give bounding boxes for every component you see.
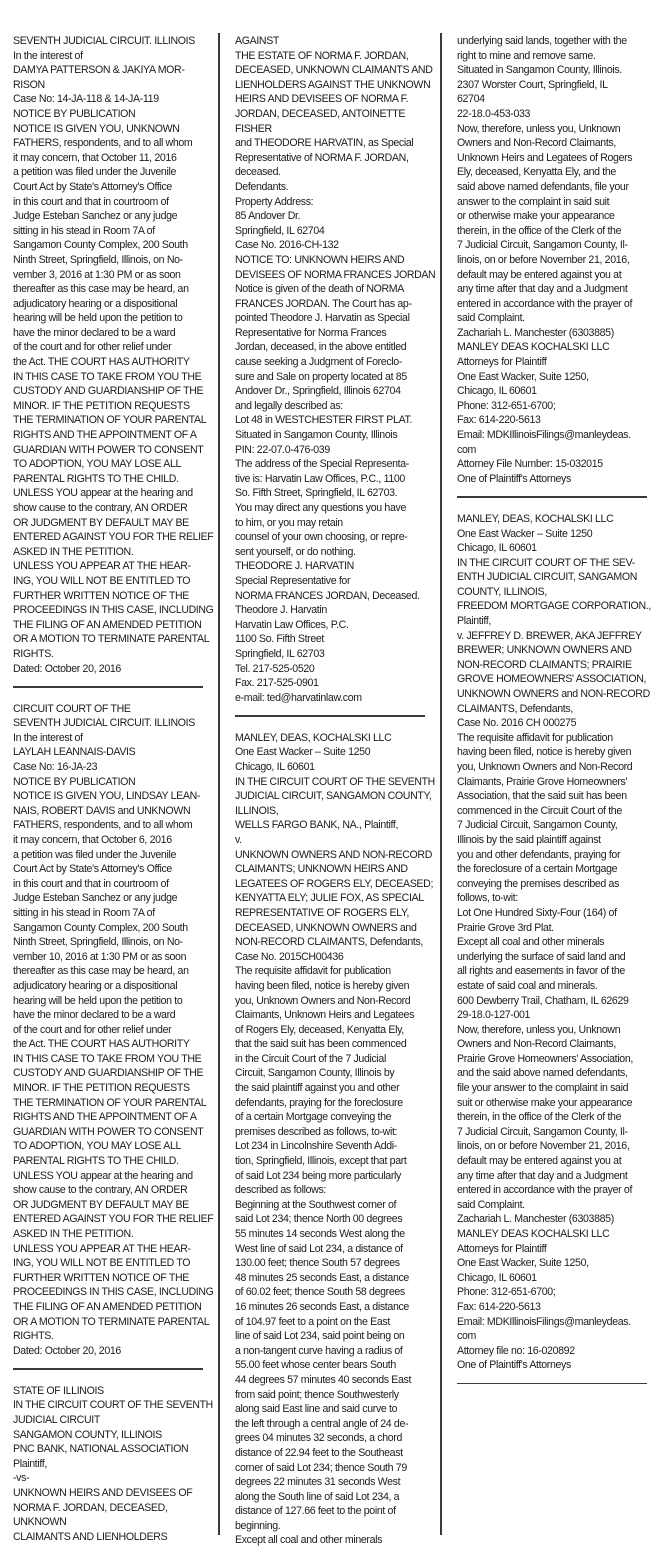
notice-text-line: 85 Andover Dr. — [235, 209, 435, 224]
notice-text-line: OR JUDGMENT BY DEFAULT MAY BE — [13, 516, 213, 531]
notice-separator-rule — [13, 1368, 203, 1370]
notice-text-line: follows, to-wit: — [457, 891, 657, 906]
legal-notices-page: SEVENTH JUDICIAL CIRCUIT. ILLINOISIn the… — [0, 0, 667, 1553]
notice-text-line: PNC BANK, NATIONAL ASSOCIATION — [13, 1442, 213, 1457]
notice-text-line: 22-18.0-453-033 — [457, 107, 657, 122]
notice-text-line: thereafter as this case may be heard, an — [13, 964, 213, 979]
notice-text-line: The requisite affidavit for publication — [235, 964, 435, 979]
notice-text-line: NOTICE BY PUBLICATION — [13, 775, 213, 790]
notice-text-line: RIGHTS AND THE APPOINTMENT OF A — [13, 1110, 213, 1125]
notice-text-line: DEVISEES OF NORMA FRANCES JORDAN — [235, 268, 434, 283]
notice-text-line: UNKNOWN OWNERS AND NON-RECORD — [235, 848, 435, 863]
notice-text-line: tion, Springfield, Illinois, except that… — [235, 1154, 435, 1169]
notice-text-line: Chicago, IL 60601 — [235, 760, 435, 775]
notice-text-line: Case No: 16-JA-23 — [13, 760, 213, 775]
notice-text-line: NAIS, ROBERT DAVIS and UNKNOWN — [13, 804, 213, 819]
notice-text-line: FURTHER WRITTEN NOTICE OF THE — [13, 589, 213, 604]
legal-notice: SEVENTH JUDICIAL CIRCUIT. ILLINOISIn the… — [13, 34, 213, 688]
notice-text-line: Representative for Norma Frances — [235, 326, 435, 341]
notice-text-line: LIENHOLDERS AGAINST THE UNKNOWN — [235, 78, 435, 93]
notice-text-line: JUDICIAL CIRCUIT — [13, 1413, 213, 1428]
notice-text-line: The address of the Special Representa- — [235, 457, 435, 472]
notice-text-line: NON-RECORD CLAIMANTS, Defendants, — [235, 935, 435, 950]
notice-text-line: in this court and that in courtroom of — [13, 195, 213, 210]
notice-text-line: Case No. 2015CH00436 — [235, 950, 435, 965]
notice-text-line: Notice is given of the death of NORMA — [235, 282, 435, 297]
notice-text-line: distance of 127.66 feet to the point of — [235, 1504, 435, 1519]
notice-text-line: NOTICE IS GIVEN YOU, LINDSAY LEAN- — [13, 789, 213, 804]
notice-text-line: CLAIMANTS AND LIENHOLDERS — [13, 1530, 213, 1545]
notice-text-line: Beginning at the Southwest corner of — [235, 1198, 435, 1213]
notice-text-line: One East Wacker, Suite 1250, — [457, 370, 657, 385]
notice-text-line: you and other defendants, praying for — [457, 848, 657, 863]
notice-text-line: UNLESS YOU appear at the hearing and — [13, 486, 213, 501]
notice-text-line: MANLEY, DEAS, KOCHALSKI LLC — [235, 731, 435, 746]
notice-text-line: NOTICE IS GIVEN YOU, UNKNOWN — [13, 122, 213, 137]
notice-text-line: FRANCES JORDAN. The Court has ap- — [235, 297, 435, 312]
notice-text-line: AGAINST — [235, 34, 435, 49]
notice-text-line: of 104.97 feet to a point on the East — [235, 1315, 435, 1330]
notice-text-line: One East Wacker – Suite 1250 — [235, 745, 435, 760]
notice-text-line: Judge Esteban Sanchez or any judge — [13, 209, 213, 224]
notice-text-line: having been filed, notice is hereby give… — [457, 745, 657, 760]
notice-text-line: pointed Theodore J. Harvatin as Special — [235, 311, 435, 326]
notice-text-line: Prairie Grove 3rd Plat. — [457, 921, 657, 936]
notice-text-line: Court Act by State's Attorney's Office — [13, 862, 213, 877]
notice-text-line: WELLS FARGO BANK, NA., Plaintiff, — [235, 818, 435, 833]
notice-text-line: Claimants, Prairie Grove Homeowners' — [457, 775, 657, 790]
notice-text-line: of 60.02 feet; thence South 58 degrees — [235, 1285, 435, 1300]
notice-text-line: Case No: 14-JA-118 & 14-JA-119 — [13, 92, 213, 107]
notice-text-line: CLAIMANTS, Defendants, — [457, 702, 657, 717]
notice-text-line: MINOR. IF THE PETITION REQUESTS — [13, 1081, 213, 1096]
notice-text-line: One of Plaintiff's Attorneys — [457, 472, 657, 487]
column-divider — [440, 33, 442, 1535]
notice-text-line: right to mine and remove same. — [457, 49, 657, 64]
column-1: SEVENTH JUDICIAL CIRCUIT. ILLINOISIn the… — [13, 34, 213, 1544]
notice-text-line: vember 3, 2016 at 1:30 PM or as soon — [13, 268, 213, 283]
notice-text-line: Ninth Street, Springfield, Illinois, on … — [13, 253, 213, 268]
notice-text-line: a non-tangent curve having a radius of — [235, 1344, 435, 1359]
notice-text-line: UNLESS YOU APPEAR AT THE HEAR- — [13, 1242, 213, 1257]
notice-text-line: Attorney file no: 16-020892 — [457, 1344, 657, 1359]
notice-separator-rule — [457, 1383, 647, 1385]
notice-text-line: Theodore J. Harvatin — [235, 603, 435, 618]
notice-text-line: cause seeking a Judgment of Foreclo- — [235, 355, 435, 370]
notice-text-line: adjudicatory hearing or a dispositional — [13, 979, 213, 994]
notice-text-line: said above named defendants, file your — [457, 180, 657, 195]
notice-text-line: UNKNOWN HEIRS AND DEVISEES OF — [13, 1486, 213, 1501]
notice-text-line: distance of 22.94 feet to the Southeast — [235, 1446, 435, 1461]
notice-text-line: Springfield, IL 62704 — [235, 224, 435, 239]
notice-text-line: default may be entered against you at — [457, 268, 657, 283]
notice-text-line: Email: MDKIllinoisFilings@manleydeas. — [457, 428, 657, 443]
notice-text-line: SANGAMON COUNTY, ILLINOIS — [13, 1428, 213, 1443]
notice-text-line: show cause to the contrary, AN ORDER — [13, 1183, 213, 1198]
notice-text-line: FURTHER WRITTEN NOTICE OF THE — [13, 1271, 213, 1286]
notice-text-line: GUARDIAN WITH POWER TO CONSENT — [13, 443, 213, 458]
notice-text-line: Now, therefore, unless you, Unknown — [457, 122, 657, 137]
notice-text-line: UNKNOWN OWNERS and NON-RECORD — [457, 687, 657, 702]
notice-text-line: IN THIS CASE TO TAKE FROM YOU THE — [13, 370, 213, 385]
notice-text-line: you, Unknown Owners and Non-Record — [457, 760, 657, 775]
notice-text-line: 62704 — [457, 92, 657, 107]
notice-text-line: adjudicatory hearing or a dispositional — [13, 297, 213, 312]
notice-text-line: DECEASED, UNKNOWN OWNERS and — [235, 921, 435, 936]
notice-text-line: Illinois by the said plaintiff against — [457, 833, 657, 848]
notice-text-line: ING, YOU WILL NOT BE ENTITLED TO — [13, 574, 213, 589]
notice-text-line: hearing will be held upon the petition t… — [13, 994, 213, 1009]
notice-text-line: Ely, deceased, Kenyatta Ely, and the — [457, 165, 657, 180]
notice-text-line: DAMYA PATTERSON & JAKIYA MOR- — [13, 63, 213, 78]
notice-text-line: vember 10, 2016 at 1:30 PM or as soon — [13, 950, 213, 965]
notice-text-line: premises described as follows, to-wit: — [235, 1125, 435, 1140]
notice-text-line: suit or otherwise make your appearance — [457, 1096, 657, 1111]
notice-text-line: THE TERMINATION OF YOUR PARENTAL — [13, 1096, 213, 1111]
notice-text-line: commenced in the Circuit Court of the — [457, 804, 657, 819]
notice-text-line: any time after that day and a Judgment — [457, 282, 657, 297]
notice-text-line: Phone: 312-651-6700; — [457, 399, 657, 414]
notice-text-line: underlying said lands, together with the — [457, 34, 657, 49]
notice-text-line: counsel of your own choosing, or repre- — [235, 530, 435, 545]
notice-text-line: RIGHTS AND THE APPOINTMENT OF A — [13, 428, 213, 443]
notice-text-line: along said East line and said curve to — [235, 1402, 435, 1417]
legal-notice: MANLEY, DEAS, KOCHALSKI LLCOne East Wack… — [235, 731, 435, 1548]
notice-text-line: THE ESTATE OF NORMA F. JORDAN, — [235, 49, 435, 64]
notice-text-line: sitting in his stead in Room 7A of — [13, 906, 213, 921]
notice-text-line: sure and Sale on property located at 85 — [235, 370, 435, 385]
notice-text-line: ENTH JUDICIAL CIRCUIT, SANGAMON — [457, 570, 657, 585]
notice-text-line: that the said suit has been commenced — [235, 1037, 435, 1052]
notice-text-line: IN THE CIRCUIT COURT OF THE SEVENTH — [235, 775, 432, 790]
notice-text-line: NOTICE TO: UNKNOWN HEIRS AND — [235, 253, 435, 268]
notice-text-line: REPRESENTATIVE OF ROGERS ELY, — [235, 906, 435, 921]
notice-text-line: CUSTODY AND GUARDIANSHIP OF THE — [13, 384, 213, 399]
notice-text-line: NON-RECORD CLAIMANTS; PRAIRIE — [457, 658, 657, 673]
notice-text-line: deceased. — [235, 165, 435, 180]
notice-text-line: and legally described as: — [235, 399, 435, 414]
notice-text-line: Special Representative for — [235, 574, 435, 589]
notice-text-line: CIRCUIT COURT OF THE — [13, 702, 213, 717]
notice-text-line: PROCEEDINGS IN THIS CASE, INCLUDING — [13, 1285, 211, 1300]
notice-text-line: in this court and that in courtroom of — [13, 877, 213, 892]
notice-text-line: PARENTAL RIGHTS TO THE CHILD. — [13, 1154, 213, 1169]
notice-text-line: Association, that the said suit has been — [457, 789, 657, 804]
notice-text-line: of the court and for other relief under — [13, 1023, 213, 1038]
notice-text-line: So. Fifth Street, Springfield, IL 62703. — [235, 486, 435, 501]
notice-text-line: Lot 48 in WESTCHESTER FIRST PLAT. — [235, 413, 435, 428]
notice-text-line: NORMA FRANCES JORDAN, Deceased. — [235, 589, 435, 604]
notice-text-line: from said point; thence Southwesterly — [235, 1388, 435, 1403]
notice-text-line: ING, YOU WILL NOT BE ENTITLED TO — [13, 1256, 213, 1271]
notice-text-line: and THEODORE HARVATIN, as Special — [235, 136, 435, 151]
notice-text-line: BREWER; UNKNOWN OWNERS AND — [457, 643, 657, 658]
notice-text-line: Situated in Sangamon County, Illinois. — [457, 63, 657, 78]
notice-text-line: Circuit, Sangamon County, Illinois by — [235, 1066, 435, 1081]
notice-text-line: to him, or you may retain — [235, 516, 435, 531]
notice-text-line: the left through a central angle of 24 d… — [235, 1417, 435, 1432]
notice-text-line: 7 Judicial Circuit, Sangamon County, Il- — [457, 238, 657, 253]
notice-text-line: Attorneys for Plaintiff — [457, 355, 657, 370]
notice-text-line: FISHER — [235, 122, 435, 137]
notice-text-line: TO ADOPTION, YOU MAY LOSE ALL — [13, 1139, 213, 1154]
notice-text-line: degrees 22 minutes 31 seconds West — [235, 1475, 435, 1490]
notice-separator-rule — [13, 686, 203, 688]
notice-text-line: -vs- — [13, 1471, 213, 1486]
notice-text-line: estate of said coal and minerals. — [457, 979, 657, 994]
notice-text-line: Zachariah L. Manchester (6303885) — [457, 1212, 657, 1227]
notice-text-line: One East Wacker, Suite 1250, — [457, 1256, 657, 1271]
notice-text-line: COUNTY, ILLINOIS, — [457, 585, 657, 600]
notice-text-line: GUARDIAN WITH POWER TO CONSENT — [13, 1125, 213, 1140]
notice-text-line: HEIRS AND DEVISEES OF NORMA F. — [235, 92, 435, 107]
notice-text-line: therein, in the office of the Clerk of t… — [457, 1110, 657, 1125]
notice-text-line: PROCEEDINGS IN THIS CASE, INCLUDING — [13, 603, 211, 618]
notice-text-line: Springfield, IL 62703 — [235, 647, 435, 662]
notice-text-line: Case No. 2016 CH 000275 — [457, 716, 657, 731]
legal-notice: CIRCUIT COURT OF THESEVENTH JUDICIAL CIR… — [13, 702, 213, 1370]
notice-text-line: hearing will be held upon the petition t… — [13, 311, 213, 326]
notice-text-line: all rights and easements in favor of the — [457, 964, 657, 979]
notice-text-line: have the minor declared to be a ward — [13, 1008, 213, 1023]
notice-text-line: Dated: October 20, 2016 — [13, 1344, 213, 1359]
notice-text-line: OR A MOTION TO TERMINATE PARENTAL — [13, 1315, 213, 1330]
notice-text-line: 600 Dewberry Trail, Chatham, IL 62629 — [457, 994, 657, 1009]
notice-text-line: DECEASED, UNKNOWN CLAIMANTS AND — [235, 63, 435, 78]
notice-text-line: 1100 So. Fifth Street — [235, 632, 435, 647]
notice-text-line: TO ADOPTION, YOU MAY LOSE ALL — [13, 457, 213, 472]
notice-text-line: 55.00 feet whose center bears South — [235, 1358, 435, 1373]
notice-text-line: In the interest of — [13, 731, 213, 746]
notice-text-line: FATHERS, respondents, and to all whom — [13, 136, 213, 151]
notice-text-line: You may direct any questions you have — [235, 501, 435, 516]
notice-text-line: underlying the surface of said land and — [457, 950, 657, 965]
column-divider — [218, 33, 220, 1535]
notice-text-line: Owners and Non-Record Claimants, — [457, 136, 657, 151]
notice-text-line: show cause to the contrary, AN ORDER — [13, 501, 213, 516]
notice-text-line: West line of said Lot 234, a distance of — [235, 1242, 435, 1257]
notice-text-line: line of said Lot 234, said point being o… — [235, 1329, 435, 1344]
notice-text-line: 7 Judicial Circuit, Sangamon County, — [457, 818, 657, 833]
notice-text-line: RIGHTS. — [13, 1329, 213, 1344]
notice-text-line: The requisite affidavit for publication — [457, 731, 657, 746]
notice-text-line: Prairie Grove Homeowners' Association, — [457, 1052, 657, 1067]
notice-text-line: said Lot 234; thence North 00 degrees — [235, 1212, 435, 1227]
notice-text-line: have the minor declared to be a ward — [13, 326, 213, 341]
notice-text-line: Lot One Hundred Sixty-Four (164) of — [457, 906, 657, 921]
notice-text-line: Dated: October 20, 2016 — [13, 662, 213, 677]
notice-text-line: the said plaintiff against you and other — [235, 1081, 435, 1096]
notice-text-line: Zachariah L. Manchester (6303885) — [457, 326, 657, 341]
notice-text-line: the Act. THE COURT HAS AUTHORITY — [13, 355, 213, 370]
notice-text-line: Except all coal and other minerals — [235, 1533, 435, 1548]
notice-text-line: Ninth Street, Springfield, Illinois, on … — [13, 935, 213, 950]
column-2: AGAINSTTHE ESTATE OF NORMA F. JORDAN,DEC… — [235, 34, 435, 1548]
notice-text-line: Judge Esteban Sanchez or any judge — [13, 891, 213, 906]
notice-text-line: LEGATEES OF ROGERS ELY, DECEASED; — [235, 877, 435, 892]
notice-text-line: RIGHTS. — [13, 647, 213, 662]
legal-notice: MANLEY, DEAS, KOCHALSKI LLCOne East Wack… — [457, 512, 657, 1385]
notice-text-line: sent yourself, or do nothing. — [235, 545, 435, 560]
notice-text-line: Email: MDKIllinoisFilings@manleydeas. — [457, 1315, 657, 1330]
notice-text-line: Court Act by State's Attorney's Office — [13, 180, 213, 195]
notice-text-line: ENTERED AGAINST YOU FOR THE RELIEF — [13, 1212, 211, 1227]
notice-text-line: Chicago, IL 60601 — [457, 541, 657, 556]
notice-text-line: Plaintiff, — [457, 614, 657, 629]
notice-text-line: Attorney File Number: 15-032015 — [457, 457, 657, 472]
notice-text-line: of Rogers Ely, deceased, Kenyatta Ely, — [235, 1023, 435, 1038]
notice-text-line: SEVENTH JUDICIAL CIRCUIT. ILLINOIS — [13, 34, 213, 49]
notice-text-line: Except all coal and other minerals — [457, 935, 657, 950]
notice-text-line: 48 minutes 25 seconds East, a distance — [235, 1271, 435, 1286]
notice-text-line: therein, in the office of the Clerk of t… — [457, 224, 657, 239]
notice-separator-rule — [235, 715, 425, 717]
notice-text-line: IN THE CIRCUIT COURT OF THE SEV- — [457, 556, 657, 571]
notice-text-line: 44 degrees 57 minutes 40 seconds East — [235, 1373, 435, 1388]
notice-text-line: ASKED IN THE PETITION. — [13, 545, 213, 560]
notice-text-line: the foreclosure of a certain Mortgage — [457, 862, 657, 877]
notice-text-line: Fax: 614-220-5613 — [457, 413, 657, 428]
notice-text-line: Phone: 312-651-6700; — [457, 1285, 657, 1300]
notice-text-line: the Act. THE COURT HAS AUTHORITY — [13, 1037, 213, 1052]
notice-text-line: v. — [235, 833, 435, 848]
notice-text-line: OR JUDGMENT BY DEFAULT MAY BE — [13, 1198, 213, 1213]
notice-text-line: it may concern, that October 11, 2016 — [13, 151, 213, 166]
notice-text-line: MANLEY DEAS KOCHALSKI LLC — [457, 340, 657, 355]
notice-text-line: STATE OF ILLINOIS — [13, 1384, 213, 1399]
notice-text-line: IN THIS CASE TO TAKE FROM YOU THE — [13, 1052, 213, 1067]
notice-text-line: a petition was filed under the Juvenile — [13, 848, 213, 863]
notice-text-line: Unknown Heirs and Legatees of Rogers — [457, 151, 657, 166]
notice-text-line: Fax. 217-525-0901 — [235, 676, 435, 691]
notice-text-line: and the said above named defendants, — [457, 1066, 657, 1081]
notice-text-line: UNLESS YOU appear at the hearing and — [13, 1169, 213, 1184]
notice-text-line: MINOR. IF THE PETITION REQUESTS — [13, 399, 213, 414]
notice-text-line: KENYATTA ELY; JULIE FOX, AS SPECIAL — [235, 891, 435, 906]
notice-text-line: com — [457, 1329, 657, 1344]
notice-text-line: NORMA F. JORDAN, DECEASED, — [13, 1501, 213, 1516]
notice-text-line: along the South line of said Lot 234, a — [235, 1490, 435, 1505]
notice-text-line: THEODORE J. HARVATIN — [235, 559, 435, 574]
notice-text-line: sitting in his stead in Room 7A of — [13, 224, 213, 239]
notice-text-line: you, Unknown Owners and Non-Record — [235, 994, 435, 1009]
notice-text-line: 7 Judicial Circuit, Sangamon County, Il- — [457, 1125, 657, 1140]
notice-text-line: Fax: 614-220-5613 — [457, 1300, 657, 1315]
notice-text-line: JORDAN, DECEASED, ANTOINETTE — [235, 107, 435, 122]
notice-separator-rule — [457, 496, 647, 498]
notice-text-line: THE FILING OF AN AMENDED PETITION — [13, 618, 213, 633]
notice-text-line: defendants, praying for the foreclosure — [235, 1096, 435, 1111]
notice-text-line: answer to the complaint in said suit — [457, 195, 657, 210]
notice-text-line: Sangamon County Complex, 200 South — [13, 238, 213, 253]
notice-text-line: 55 minutes 14 seconds West along the — [235, 1227, 435, 1242]
notice-text-line: Case No. 2016-CH-132 — [235, 238, 435, 253]
notice-text-line: PIN: 22-07.0-476-039 — [235, 443, 435, 458]
notice-text-line: ASKED IN THE PETITION. — [13, 1227, 213, 1242]
notice-text-line: having been filed, notice is hereby give… — [235, 979, 435, 994]
notice-text-line: said Complaint. — [457, 1198, 657, 1213]
notice-text-line: v. JEFFREY D. BREWER, AKA JEFFREY — [457, 629, 657, 644]
notice-text-line: Harvatin Law Offices, P.C. — [235, 618, 435, 633]
notice-text-line: MANLEY, DEAS, KOCHALSKI LLC — [457, 512, 657, 527]
notice-text-line: file your answer to the complaint in sai… — [457, 1081, 657, 1096]
notice-text-line: beginning. — [235, 1519, 435, 1534]
notice-text-line: grees 04 minutes 32 seconds, a chord — [235, 1431, 435, 1446]
notice-text-line: Defendants. — [235, 180, 435, 195]
notice-text-line: UNLESS YOU APPEAR AT THE HEAR- — [13, 559, 213, 574]
notice-text-line: described as follows: — [235, 1183, 435, 1198]
notice-text-line: RISON — [13, 78, 213, 93]
legal-notice: STATE OF ILLINOISIN THE CIRCUIT COURT OF… — [13, 1384, 213, 1545]
notice-text-line: JUDICIAL CIRCUIT, SANGAMON COUNTY, — [235, 789, 435, 804]
notice-text-line: or otherwise make your appearance — [457, 209, 657, 224]
notice-text-line: LAYLAH LEANNAIS-DAVIS — [13, 745, 213, 760]
notice-text-line: OR A MOTION TO TERMINATE PARENTAL — [13, 632, 213, 647]
notice-text-line: Jordan, deceased, in the above entitled — [235, 340, 435, 355]
notice-text-line: CUSTODY AND GUARDIANSHIP OF THE — [13, 1066, 213, 1081]
notice-text-line: Property Address: — [235, 195, 435, 210]
notice-text-line: of a certain Mortgage conveying the — [235, 1110, 435, 1125]
notice-text-line: it may concern, that October 6, 2016 — [13, 833, 213, 848]
notice-text-line: conveying the premises described as — [457, 877, 657, 892]
notice-text-line: 16 minutes 26 seconds East, a distance — [235, 1300, 435, 1315]
notice-text-line: Attorneys for Plaintiff — [457, 1242, 657, 1257]
notice-text-line: One of Plaintiff's Attorneys — [457, 1358, 657, 1373]
notice-text-line: a petition was filed under the Juvenile — [13, 165, 213, 180]
notice-text-line: Chicago, IL 60601 — [457, 1271, 657, 1286]
notice-text-line: Tel. 217-525-0520 — [235, 662, 435, 677]
column-3: underlying said lands, together with the… — [457, 34, 657, 1398]
notice-text-line: GROVE HOMEOWNERS' ASSOCIATION, — [457, 672, 657, 687]
notice-text-line: Representative of NORMA F. JORDAN, — [235, 151, 435, 166]
notice-text-line: in the Circuit Court of the 7 Judicial — [235, 1052, 435, 1067]
notice-text-line: THE TERMINATION OF YOUR PARENTAL — [13, 413, 213, 428]
legal-notice: AGAINSTTHE ESTATE OF NORMA F. JORDAN,DEC… — [235, 34, 435, 717]
notice-text-line: Claimants, Unknown Heirs and Legatees — [235, 1008, 435, 1023]
notice-text-line: Lot 234 in Lincolnshire Seventh Addi- — [235, 1139, 435, 1154]
notice-text-line: Plaintiff, — [13, 1457, 213, 1472]
notice-text-line: said Complaint. — [457, 311, 657, 326]
notice-text-line: default may be entered against you at — [457, 1154, 657, 1169]
notice-text-line: In the interest of — [13, 49, 213, 64]
notice-text-line: 2307 Worster Court, Springfield, IL — [457, 78, 657, 93]
notice-text-line: FREEDOM MORTGAGE CORPORATION., — [457, 599, 657, 614]
notice-text-line: entered in accordance with the prayer of — [457, 297, 657, 312]
notice-text-line: NOTICE BY PUBLICATION — [13, 107, 213, 122]
notice-text-line: THE FILING OF AN AMENDED PETITION — [13, 1300, 213, 1315]
notice-text-line: Chicago, IL 60601 — [457, 384, 657, 399]
notice-text-line: corner of said Lot 234; thence South 79 — [235, 1461, 435, 1476]
legal-notice: underlying said lands, together with the… — [457, 34, 657, 498]
notice-text-line: Sangamon County Complex, 200 South — [13, 921, 213, 936]
notice-text-line: Situated in Sangamon County, Illinois — [235, 428, 435, 443]
notice-text-line: Andover Dr., Springfield, Illinois 62704 — [235, 384, 435, 399]
notice-text-line: com — [457, 443, 657, 458]
notice-text-line: entered in accordance with the prayer of — [457, 1183, 657, 1198]
notice-text-line: One East Wacker – Suite 1250 — [457, 527, 657, 542]
notice-text-line: tive is: Harvatin Law Offices, P.C., 110… — [235, 472, 435, 487]
notice-text-line: linois, on or before November 21, 2016, — [457, 1139, 657, 1154]
notice-text-line: any time after that day and a Judgment — [457, 1169, 657, 1184]
notice-text-line: of the court and for other relief under — [13, 340, 213, 355]
notice-text-line: ILLINOIS, — [235, 804, 435, 819]
notice-text-line: FATHERS, respondents, and to all whom — [13, 818, 213, 833]
notice-text-line: 29-18.0-127-001 — [457, 1008, 657, 1023]
notice-text-line: SEVENTH JUDICIAL CIRCUIT. ILLINOIS — [13, 716, 213, 731]
notice-text-line: PARENTAL RIGHTS TO THE CHILD. — [13, 472, 213, 487]
notice-text-line: UNKNOWN — [13, 1515, 213, 1530]
notice-text-line: of said Lot 234 being more particularly — [235, 1169, 435, 1184]
